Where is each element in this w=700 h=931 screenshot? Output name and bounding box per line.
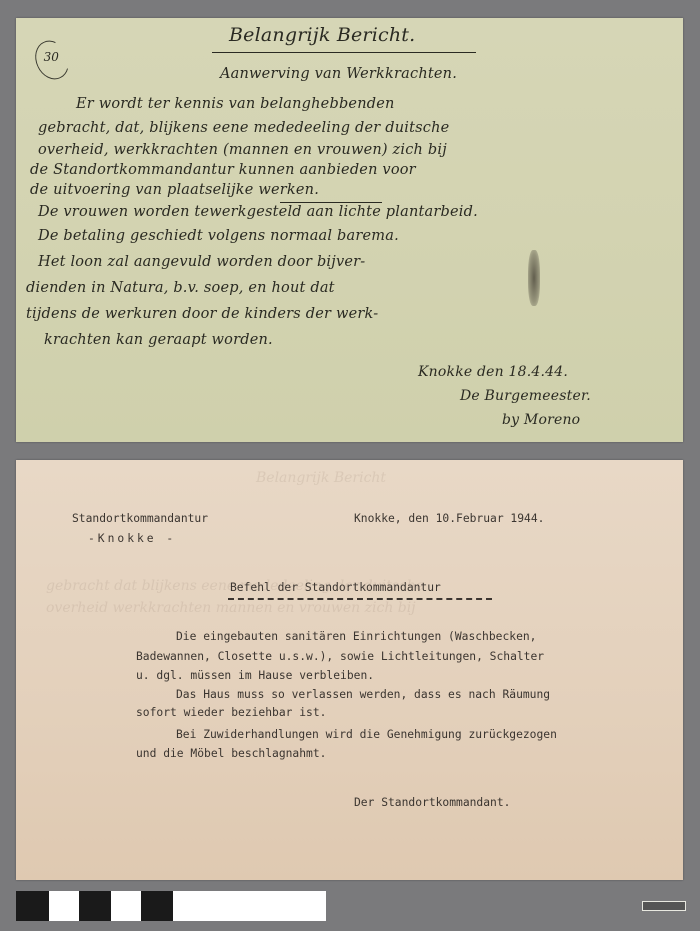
ink-stain <box>528 250 540 306</box>
body-line: de uitvoering van plaatselijke werken. <box>30 182 319 198</box>
body-line: Het loon zal aangevuld worden door bijve… <box>38 254 365 270</box>
calibration-white-patch <box>111 891 141 921</box>
body-line: krachten kan geraapt worden. <box>44 332 273 348</box>
body-line: Er wordt ter kennis van belanghebbenden <box>76 96 395 112</box>
notice-title: Belangrijk Bericht. <box>229 24 415 46</box>
body-line: sofort wieder beziehbar ist. <box>136 706 326 719</box>
body-line: u. dgl. müssen im Hause verbleiben. <box>136 669 374 682</box>
order-heading: Befehl der Standortkommandantur <box>230 581 441 594</box>
body-line: dienden in Natura, b.v. soep, en hout da… <box>26 280 335 296</box>
archive-number-mark: 30 <box>29 35 75 85</box>
calibration-black-patch <box>141 891 173 921</box>
signature: Der Standortkommandant. <box>354 796 510 809</box>
calibration-white-patch <box>49 891 79 921</box>
calibration-white-patch <box>173 891 326 921</box>
plaatselijke-underline <box>280 202 382 203</box>
body-line: Das Haus muss so verlassen werden, dass … <box>176 688 550 701</box>
calibration-black-patch <box>79 891 111 921</box>
bleed-through-text: overheid werkkrachten mannen en vrouwen … <box>46 600 416 616</box>
body-line: Die eingebauten sanitären Einrichtungen … <box>176 630 536 643</box>
notice-subtitle: Aanwerving van Werkkrachten. <box>220 66 457 82</box>
place-date: Knokke, den 10.Februar 1944. <box>354 512 544 525</box>
scale-ruler <box>642 901 686 911</box>
body-line: Bei Zuwiderhandlungen wird die Genehmigu… <box>176 728 557 741</box>
body-line: overheid, werkkrachten (mannen en vrouwe… <box>38 142 447 158</box>
body-line: De betaling geschiedt volgens normaal ba… <box>38 228 399 244</box>
calibration-black-patch <box>16 891 49 921</box>
archive-number: 30 <box>44 50 59 64</box>
handwritten-notice-sheet: 30 Belangrijk Bericht. Aanwerving van We… <box>16 18 683 442</box>
signature: by Moreno <box>502 412 580 428</box>
typed-order-sheet: Belangrijk Bericht gebracht dat blijkens… <box>16 460 683 880</box>
body-line: Badewannen, Closette u.s.w.), sowie Lich… <box>136 650 544 663</box>
body-line: und die Möbel beschlagnahmt. <box>136 747 326 760</box>
signatory-title: De Burgemeester. <box>460 388 591 404</box>
sender-location: -Knokke - <box>88 532 176 545</box>
sender: Standortkommandantur <box>72 512 208 525</box>
body-line: De vrouwen worden tewerkgesteld aan lich… <box>38 204 478 220</box>
bleed-through-text: Belangrijk Bericht <box>256 470 386 486</box>
body-line: gebracht, dat, blijkens eene mededeeling… <box>38 120 449 136</box>
place-date: Knokke den 18.4.44. <box>418 364 568 380</box>
heading-underline <box>228 598 492 600</box>
title-underline <box>212 52 476 53</box>
body-line: de Standortkommandantur kunnen aanbieden… <box>30 162 416 178</box>
body-line: tijdens de werkuren door de kinders der … <box>26 306 378 322</box>
